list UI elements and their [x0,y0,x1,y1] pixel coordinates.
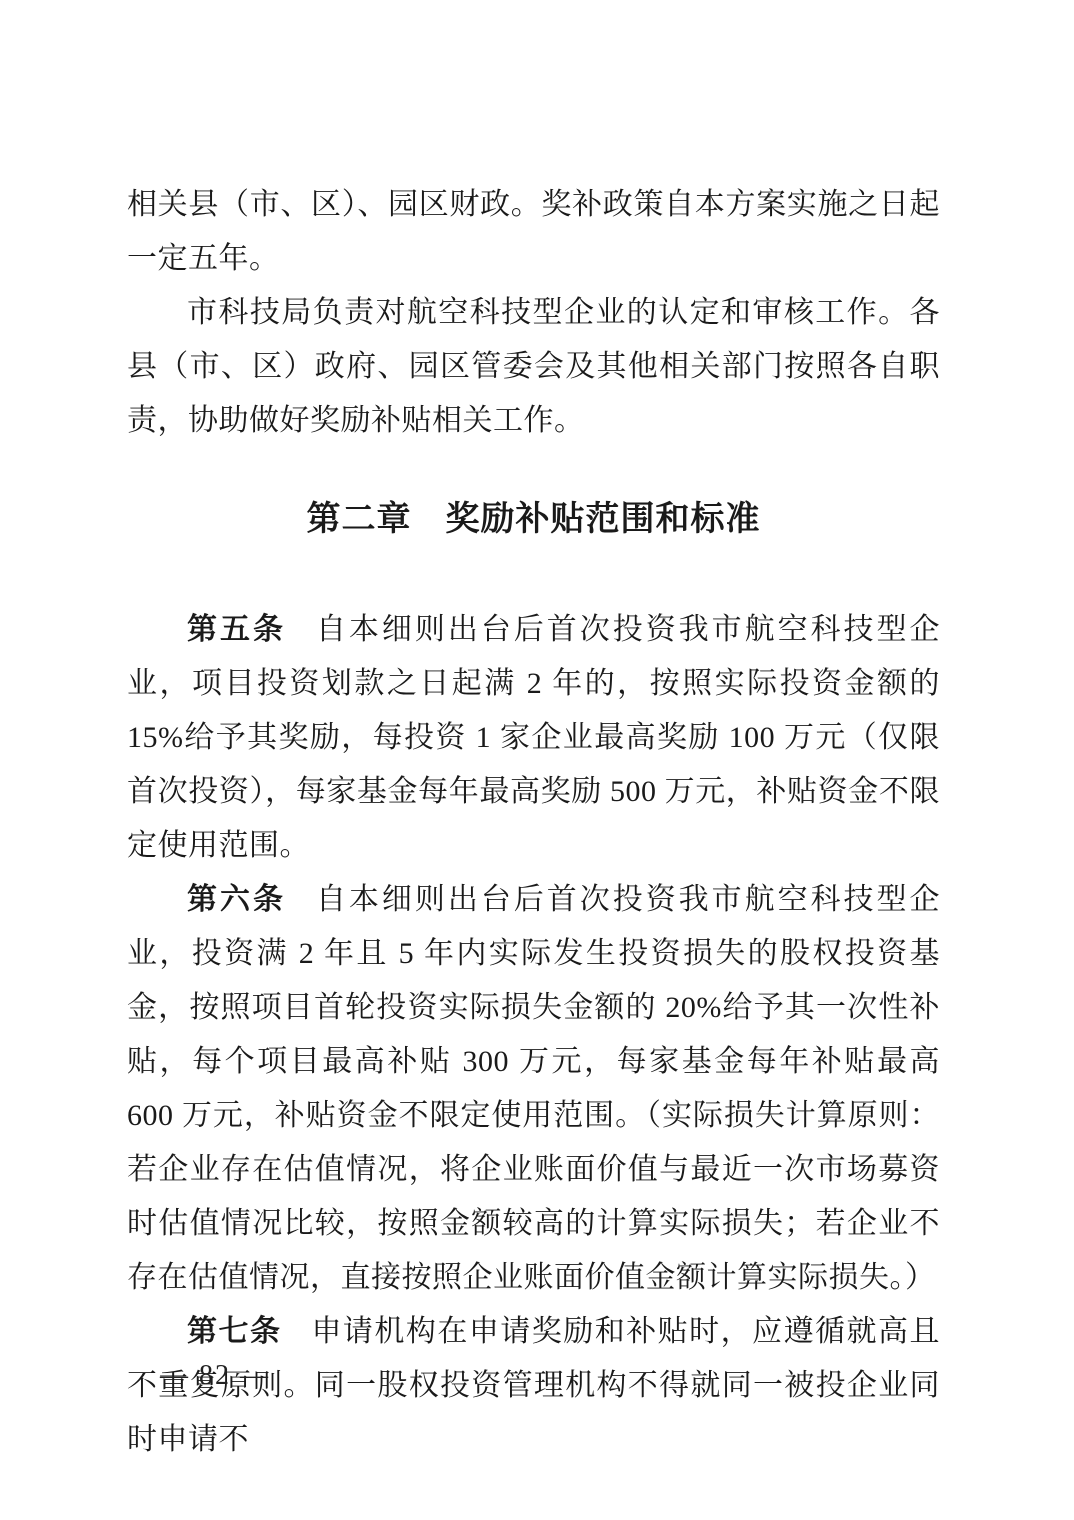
article-5-paragraph: 第五条自本细则出台后首次投资我市航空科技型企业，项目投资划款之日起满 2 年的，… [127,603,940,873]
article-5-label: 第五条 [187,613,286,646]
chapter-number: 第二章 [307,500,412,538]
document-body: 相关县（市、区）、园区财政。奖补政策自本方案实施之日起一定五年。 市科技局负责对… [127,178,940,1467]
article-6-text: 自本细则出台后首次投资我市航空科技型企业，投资满 2 年且 5 年内实际发生投资… [127,883,940,1294]
paragraph-responsibility: 市科技局负责对航空科技型企业的认定和审核工作。各县（市、区）政府、园区管委会及其… [127,286,940,448]
chapter-heading: 第二章奖励补贴范围和标准 [127,492,940,546]
document-page: 相关县（市、区）、园区财政。奖补政策自本方案实施之日起一定五年。 市科技局负责对… [0,0,1074,1520]
article-5-text: 自本细则出台后首次投资我市航空科技型企业，项目投资划款之日起满 2 年的，按照实… [127,613,940,862]
article-7-label: 第七条 [187,1315,281,1348]
article-6-paragraph: 第六条自本细则出台后首次投资我市航空科技型企业，投资满 2 年且 5 年内实际发… [127,873,940,1305]
paragraph-continuation: 相关县（市、区）、园区财政。奖补政策自本方案实施之日起一定五年。 [127,178,940,286]
article-6-label: 第六条 [187,883,286,916]
chapter-title: 奖励补贴范围和标准 [446,500,761,538]
page-number: — 82 — [160,1358,270,1394]
